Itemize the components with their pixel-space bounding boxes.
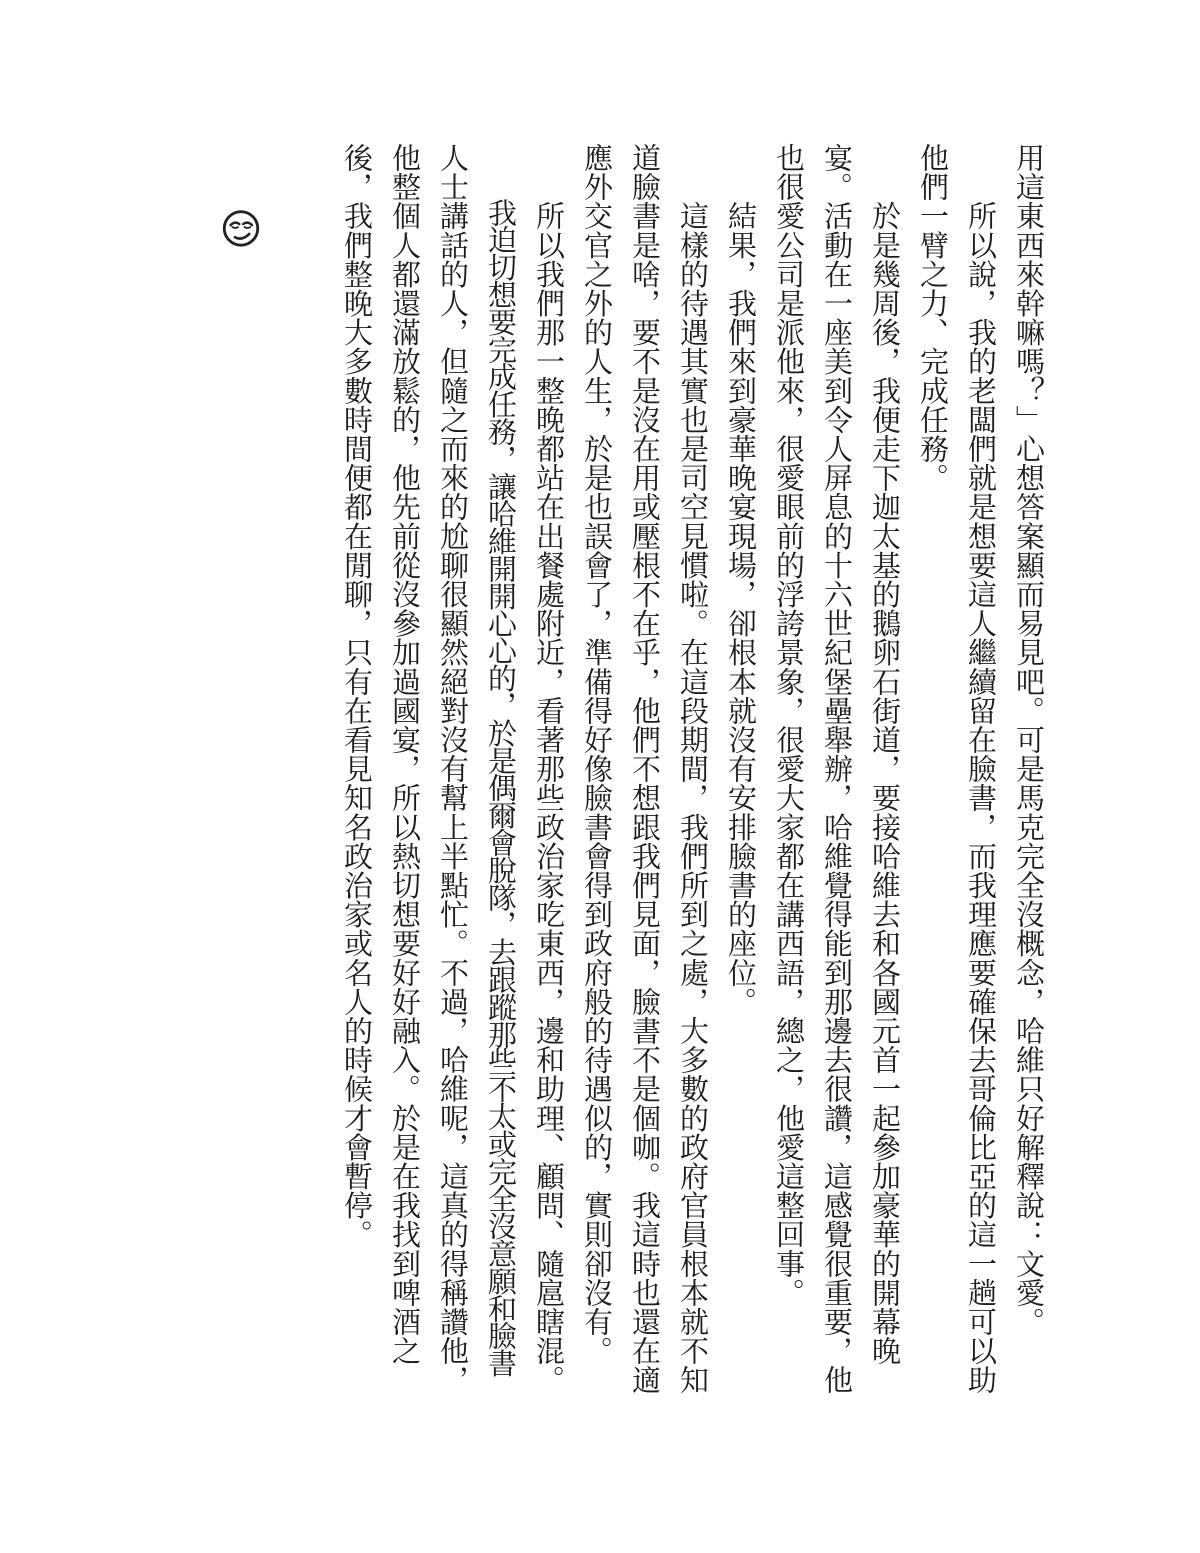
text-column: 應外交官之外的人生，於是也誤會了，準備得好像臉書會得到政府般的待遇似的，實則卻沒… <box>572 143 620 1400</box>
text-column: 後，我們整晚大多數時間便都在閒聊，只有在看見知名政治家或名人的時候才會暫停。 <box>332 143 380 1400</box>
text-column: 這樣的待遇其實也是司空見慣啦。在這段期間，我們所到之處，大多數的政府官員根本就不… <box>668 143 716 1400</box>
text-column: 他們一臂之力、完成任務。 <box>908 143 956 1400</box>
text-column: 宴。活動在一座美到令人屏息的十六世紀堡壘舉辦，哈維覺得能到那邊去很讚，這感覺很重… <box>812 143 860 1400</box>
smirking-face-emoji <box>219 207 263 251</box>
vertical-text-block: 用這東西來幹嘛嗎？」心想答案顯而易見吧。可是馬克完全沒概念，哈維只好解釋說：文愛… <box>332 143 1052 1400</box>
text-column: 也很愛公司是派他來，很愛眼前的浮誇景象，很愛大家都在講西語，總之，他愛這整回事。 <box>764 143 812 1400</box>
text-column: 所以說，我的老闆們就是想要這人繼續留在臉書，而我理應要確保去哥倫比亞的這一趟可以… <box>956 143 1004 1400</box>
text-column: 用這東西來幹嘛嗎？」心想答案顯而易見吧。可是馬克完全沒概念，哈維只好解釋說：文愛… <box>1004 143 1052 1400</box>
book-page: 用這東西來幹嘛嗎？」心想答案顯而易見吧。可是馬克完全沒概念，哈維只好解釋說：文愛… <box>0 0 1200 1553</box>
text-column: 所以我們那一整晚都站在出餐處附近，看著那些政治家吃東西，邊和助理、顧問、隨扈瞎混… <box>524 143 572 1400</box>
text-column: 我迫切想要完成任務，讓哈維開開心心的，於是偶爾會脫隊，去跟蹤那些不太或完全沒意願… <box>476 143 524 1400</box>
text-column: 結果，我們來到豪華晚宴現場，卻根本就沒有安排臉書的座位。 <box>716 143 764 1400</box>
text-column: 道臉書是啥，要不是沒在用或壓根不在乎，他們不想跟我們見面，臉書不是個咖。我這時也… <box>620 143 668 1400</box>
text-column: 人士講話的人，但隨之而來的尬聊很顯然絕對沒有幫上半點忙。不過，哈維呢，這真的得稱… <box>428 143 476 1400</box>
text-column: 他整個人都還滿放鬆的，他先前從沒參加過國宴，所以熱切想要好好融入。於是在我找到啤… <box>380 143 428 1400</box>
text-column: 於是幾周後，我便走下迦太基的鵝卵石街道，要接哈維去和各國元首一起參加豪華的開幕晚 <box>860 143 908 1400</box>
